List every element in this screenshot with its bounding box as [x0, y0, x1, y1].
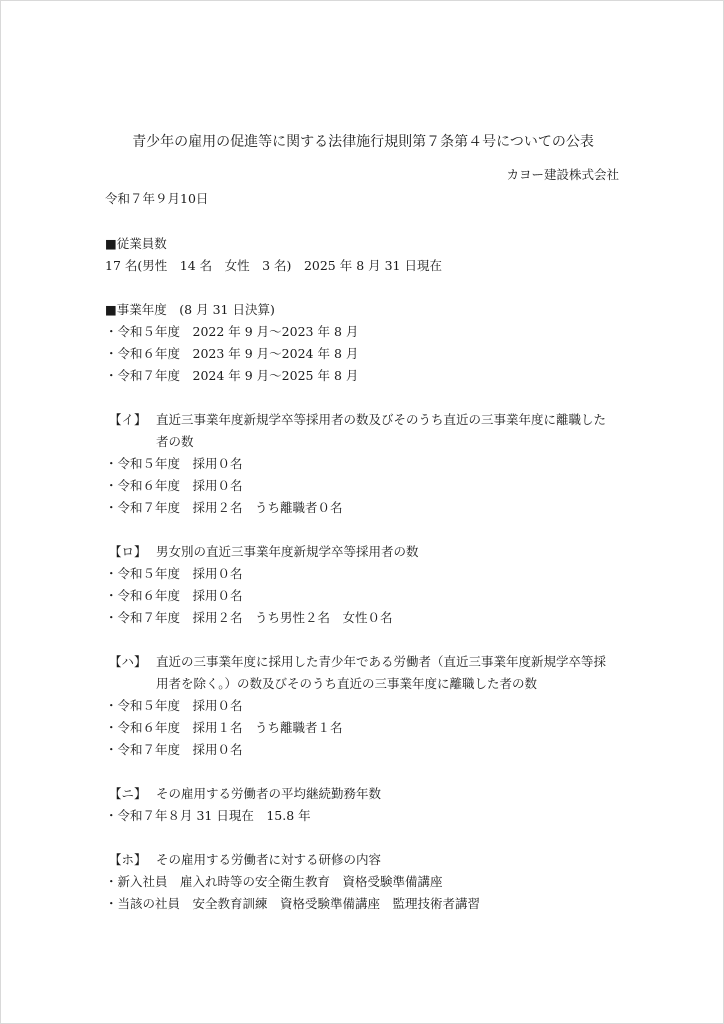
- employees-value: 17 名(男性 14 名 女性 3 名) 2025 年 8 月 31 日現在: [105, 258, 442, 274]
- fiscal-year-heading: ■事業年度 (8 月 31 日決算): [105, 302, 275, 318]
- section-item: ・令和７年度 採用２名 うち離職者０名: [105, 500, 343, 516]
- section-tag: 【ロ】: [109, 544, 156, 560]
- section-item: ・令和５年度 採用０名: [105, 566, 243, 582]
- fiscal-year-item: ・令和７年度 2024 年 9 月～2025 年 8 月: [105, 368, 358, 384]
- section-i-heading: 【イ】直近三事業年度新規学卒等採用者の数及びそのうち直近の三事業年度に離職した: [109, 412, 606, 428]
- section-heading-continuation: 者の数: [156, 434, 194, 450]
- section-heading-text: 男女別の直近三事業年度新規学卒等採用者の数: [156, 544, 419, 559]
- section-item: ・令和５年度 採用０名: [105, 698, 243, 714]
- section-heading-text: 直近の三事業年度に採用した青少年である労働者（直近三事業年度新規学卒等採: [156, 654, 606, 669]
- section-tag: 【ハ】: [109, 654, 156, 670]
- section-item: ・令和６年度 採用０名: [105, 588, 243, 604]
- section-heading-text: その雇用する労働者の平均継続勤務年数: [156, 786, 381, 801]
- section-ho-heading: 【ホ】その雇用する労働者に対する研修の内容: [109, 852, 381, 868]
- section-item: ・令和５年度 採用０名: [105, 456, 243, 472]
- section-item: ・令和７年８月 31 日現在 15.8 年: [105, 808, 311, 824]
- document-title: 青少年の雇用の促進等に関する法律施行規則第７条第４号についての公表: [1, 134, 724, 150]
- section-item: ・令和６年度 採用０名: [105, 478, 243, 494]
- section-item: ・令和６年度 採用１名 うち離職者１名: [105, 720, 343, 736]
- document-page: 青少年の雇用の促進等に関する法律施行規則第７条第４号についての公表 カヨー建設株…: [0, 0, 724, 1024]
- section-ni-heading: 【ニ】その雇用する労働者の平均継続勤務年数: [109, 786, 381, 802]
- company-name: カヨー建設株式会社: [506, 167, 619, 183]
- section-ha-heading: 【ハ】直近の三事業年度に採用した青少年である労働者（直近三事業年度新規学卒等採: [109, 654, 606, 670]
- publication-date: 令和７年９月10日: [105, 191, 208, 207]
- fiscal-year-item: ・令和６年度 2023 年 9 月～2024 年 8 月: [105, 346, 358, 362]
- fiscal-year-item: ・令和５年度 2022 年 9 月～2023 年 8 月: [105, 324, 358, 340]
- section-tag: 【ニ】: [109, 786, 156, 802]
- section-heading-text: その雇用する労働者に対する研修の内容: [156, 852, 381, 867]
- section-heading-text: 直近三事業年度新規学卒等採用者の数及びそのうち直近の三事業年度に離職した: [156, 412, 606, 427]
- employees-heading: ■従業員数: [105, 236, 167, 252]
- section-item: ・新入社員 雇入れ時等の安全衛生教育 資格受験準備講座: [105, 874, 443, 890]
- section-item: ・令和７年度 採用０名: [105, 742, 243, 758]
- section-item: ・令和７年度 採用２名 うち男性２名 女性０名: [105, 610, 393, 626]
- section-item: ・当該の社員 安全教育訓練 資格受験準備講座 監理技術者講習: [105, 896, 480, 912]
- section-tag: 【イ】: [109, 412, 156, 428]
- section-tag: 【ホ】: [109, 852, 156, 868]
- section-heading-continuation: 用者を除く。）の数及びそのうち直近の三事業年度に離職した者の数: [156, 676, 537, 692]
- section-ro-heading: 【ロ】男女別の直近三事業年度新規学卒等採用者の数: [109, 544, 419, 560]
